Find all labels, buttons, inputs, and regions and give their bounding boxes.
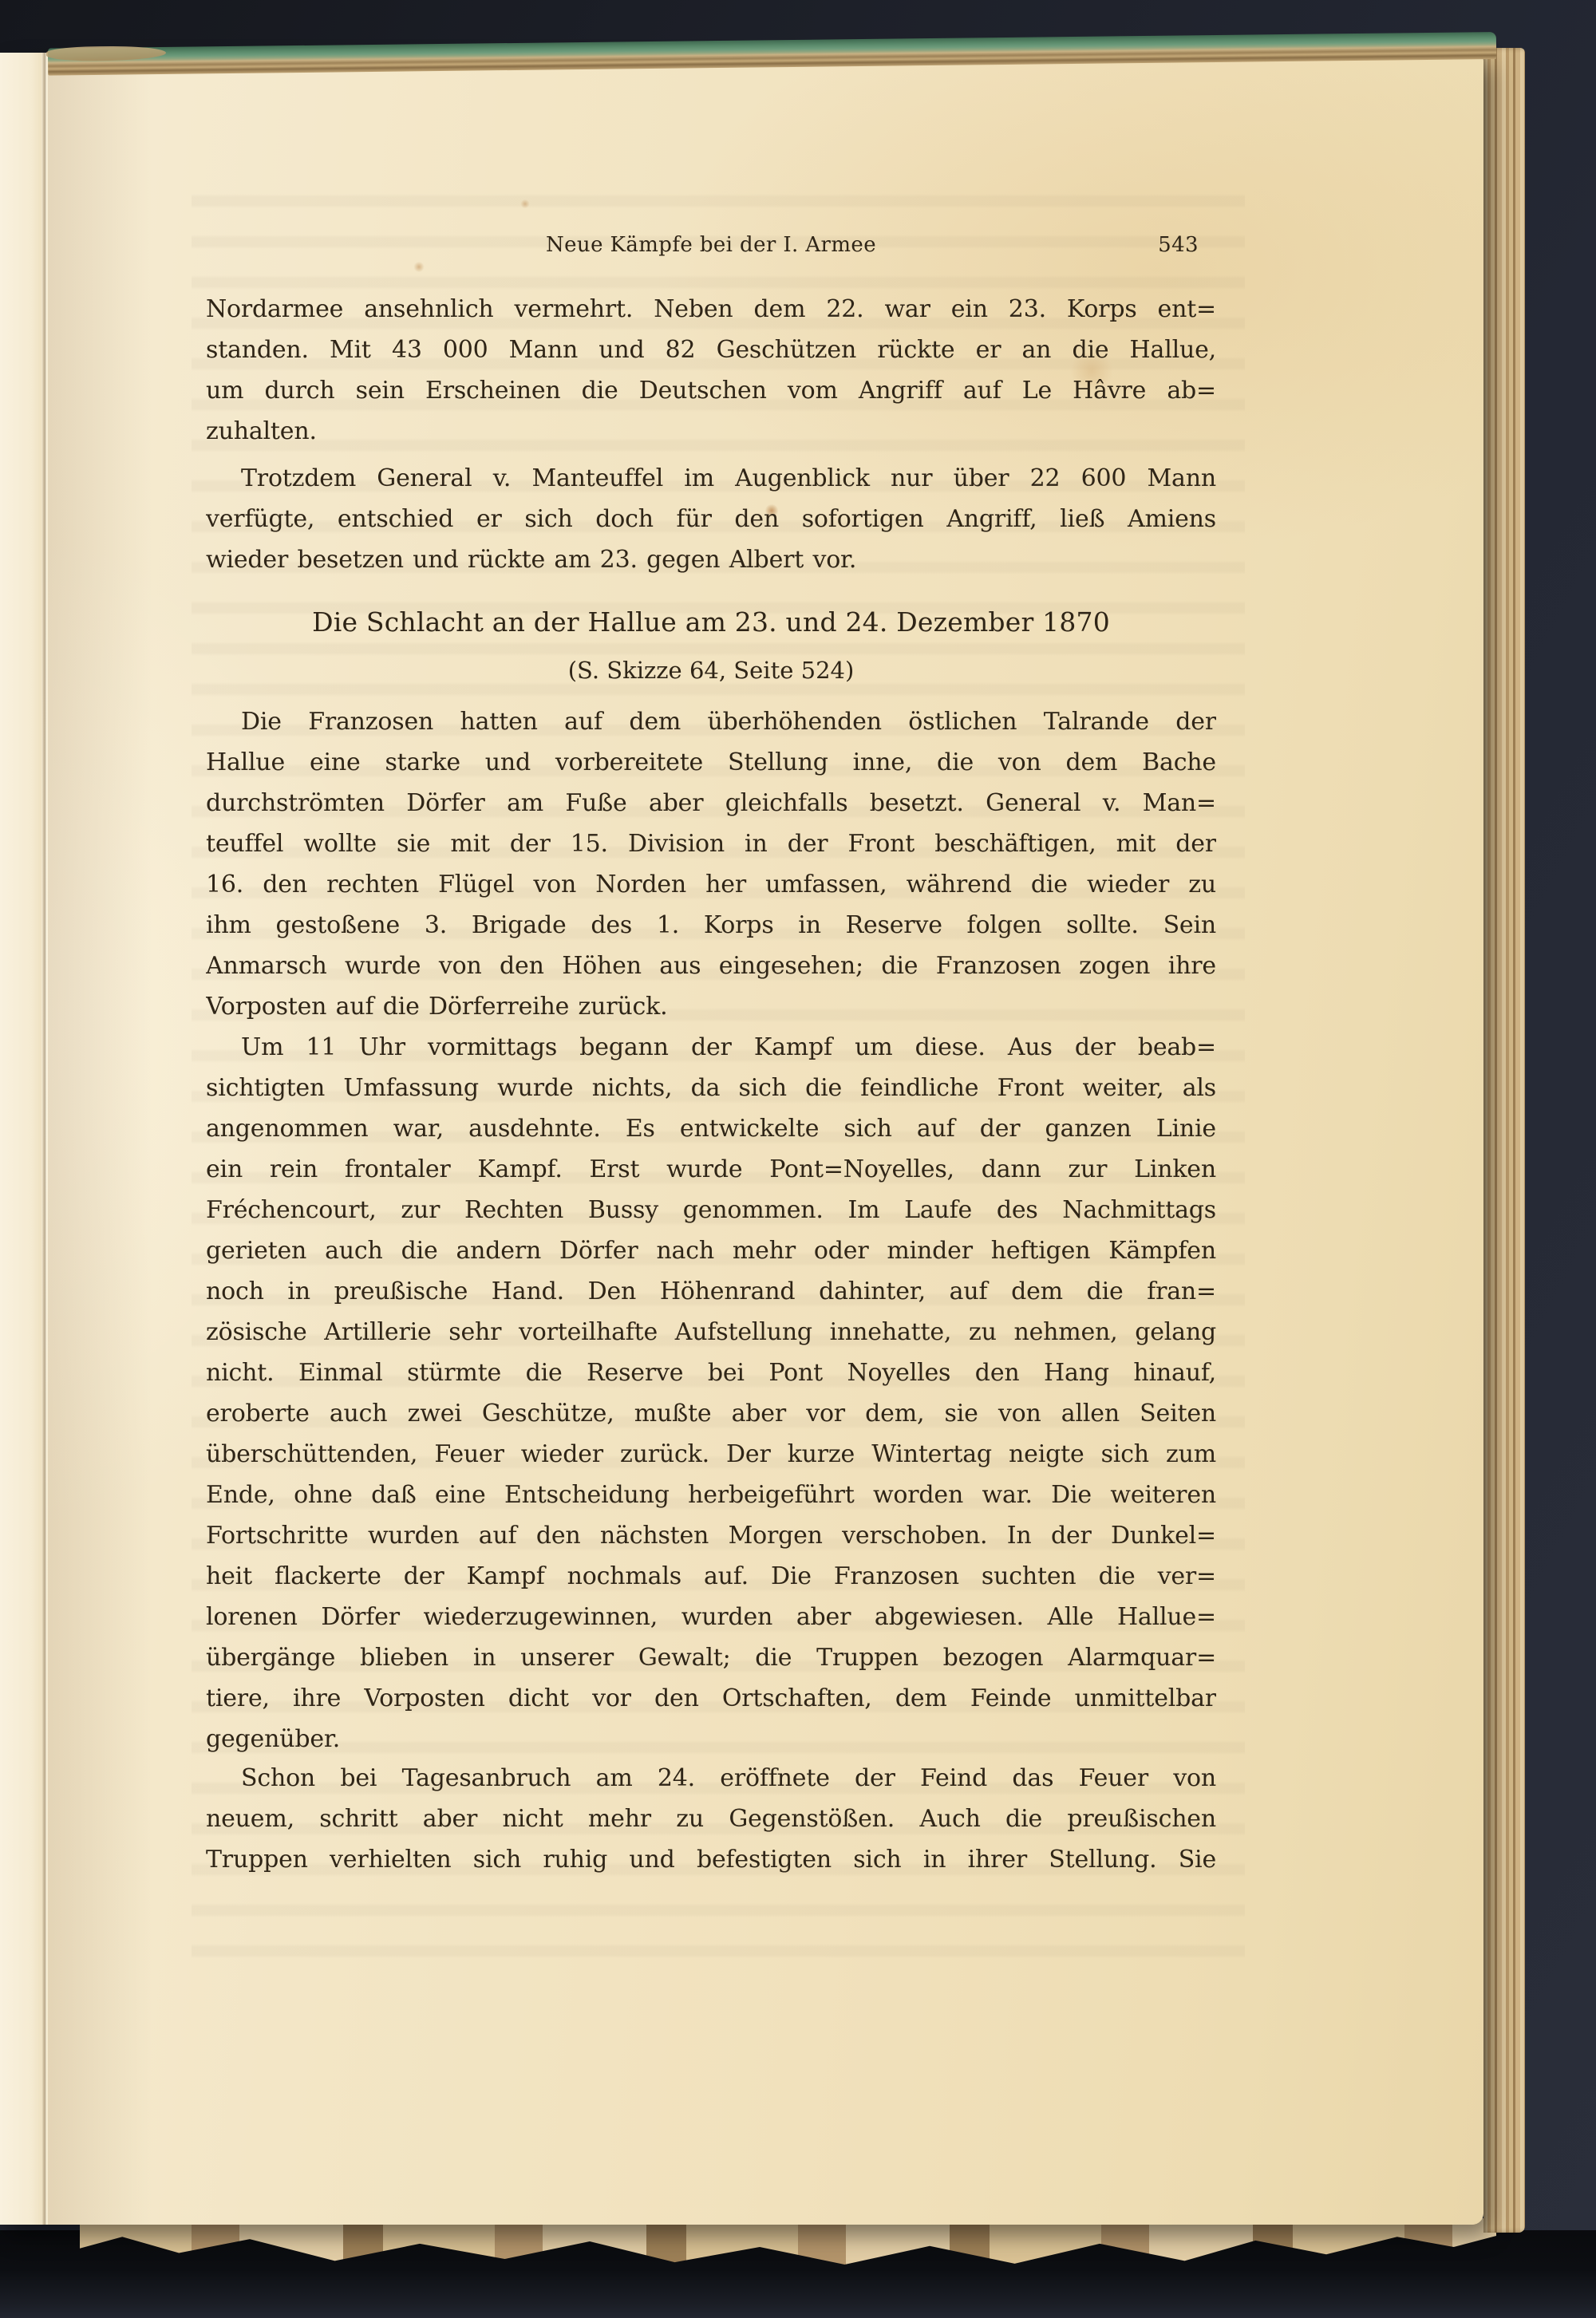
- text-line: teuffel wollte sie mit der 15. Division …: [206, 823, 1216, 864]
- paragraph: Schon bei Tagesanbruch am 24. eröffnete …: [206, 1758, 1216, 1880]
- text-line: zösische Artillerie sehr vorteilhafte Au…: [206, 1312, 1216, 1352]
- text-line: nicht. Einmal stürmte die Reserve bei Po…: [206, 1352, 1216, 1393]
- gutter-shadow: [48, 53, 152, 2225]
- text-line: ihm gestoßene 3. Brigade des 1. Korps in…: [206, 905, 1216, 946]
- text-line: 16. den rechten Flügel von Norden her um…: [206, 864, 1216, 905]
- text-line: Fortschritte wurden auf den nächsten Mor…: [206, 1515, 1216, 1556]
- book-page-photo: Neue Kämpfe bei der I. Armee 543 Nordarm…: [0, 0, 1596, 2318]
- page-crease: [41, 53, 48, 2225]
- text-line: eroberte auch zwei Geschütze, mußte aber…: [206, 1393, 1216, 1434]
- text-line: Vorposten auf die Dörferreihe zurück.: [206, 986, 1216, 1027]
- paragraph: Um 11 Uhr vormittags begann der Kampf um…: [206, 1027, 1216, 1759]
- text-line: zuhalten.: [206, 411, 1216, 452]
- paragraph: Nordarmee ansehnlich vermehrt. Neben dem…: [206, 289, 1216, 452]
- text-line: Fréchencourt, zur Rechten Bussy genommen…: [206, 1190, 1216, 1230]
- text-line: Ende, ohne daß eine Entscheidung herbeig…: [206, 1475, 1216, 1515]
- text-line: Trotzdem General v. Manteuffel im Augenb…: [206, 458, 1216, 499]
- book-page: Neue Kämpfe bei der I. Armee 543 Nordarm…: [0, 53, 1483, 2225]
- running-head: Neue Kämpfe bei der I. Armee 543: [206, 233, 1216, 265]
- text-line: heit flackerte der Kampf nochmals auf. D…: [206, 1556, 1216, 1597]
- text-line: Schon bei Tagesanbruch am 24. eröffnete …: [206, 1758, 1216, 1799]
- text-line: noch in preußische Hand. Den Höhenrand d…: [206, 1271, 1216, 1312]
- running-head-title: Neue Kämpfe bei der I. Armee: [206, 233, 1216, 257]
- text-line: ein rein frontaler Kampf. Erst wurde Pon…: [206, 1149, 1216, 1190]
- text-line: um durch sein Erscheinen die Deutschen v…: [206, 370, 1216, 411]
- section-subheading: (S. Skizze 64, Seite 524): [206, 654, 1216, 686]
- paragraph: Die Franzosen hatten auf dem überhöhende…: [206, 701, 1216, 1027]
- text-line: angenommen war, ausdehnte. Es entwickelt…: [206, 1108, 1216, 1149]
- text-line: Anmarsch wurde von den Höhen aus eingese…: [206, 946, 1216, 986]
- text-line: standen. Mit 43 000 Mann und 82 Geschütz…: [206, 330, 1216, 370]
- text-line: Truppen verhielten sich ruhig und befest…: [206, 1839, 1216, 1880]
- section-heading: Die Schlacht an der Hallue am 23. und 24…: [206, 605, 1216, 640]
- text-line: neuem, schritt aber nicht mehr zu Gegens…: [206, 1799, 1216, 1839]
- text-line: durchströmten Dörfer am Fuße aber gleich…: [206, 783, 1216, 823]
- text-line: wieder besetzen und rückte am 23. gegen …: [206, 539, 1216, 580]
- text-line: verfügte, entschied er sich doch für den…: [206, 499, 1216, 539]
- text-line: Nordarmee ansehnlich vermehrt. Neben dem…: [206, 289, 1216, 330]
- page-gutter: [0, 53, 41, 2225]
- text-line: gegenüber.: [206, 1719, 1216, 1759]
- text-line: übergänge blieben in unserer Gewalt; die…: [206, 1637, 1216, 1678]
- paragraph: Trotzdem General v. Manteuffel im Augenb…: [206, 458, 1216, 580]
- text-line: gerieten auch die andern Dörfer nach meh…: [206, 1230, 1216, 1271]
- text-line: lorenen Dörfer wiederzugewinnen, wurden …: [206, 1597, 1216, 1637]
- text-line: Um 11 Uhr vormittags begann der Kampf um…: [206, 1027, 1216, 1068]
- page-stack-right-edge: [1483, 48, 1525, 2233]
- text-line: sichtigten Umfassung wurde nichts, da si…: [206, 1068, 1216, 1108]
- text-column: Neue Kämpfe bei der I. Armee 543 Nordarm…: [206, 53, 1216, 2225]
- text-line: Die Franzosen hatten auf dem überhöhende…: [206, 701, 1216, 742]
- text-line: überschüttenden, Feuer wieder zurück. De…: [206, 1434, 1216, 1475]
- text-line: Hallue eine starke und vorbereitete Stel…: [206, 742, 1216, 783]
- page-number: 543: [1158, 233, 1199, 257]
- text-line: tiere, ihre Vorposten dicht vor den Orts…: [206, 1678, 1216, 1719]
